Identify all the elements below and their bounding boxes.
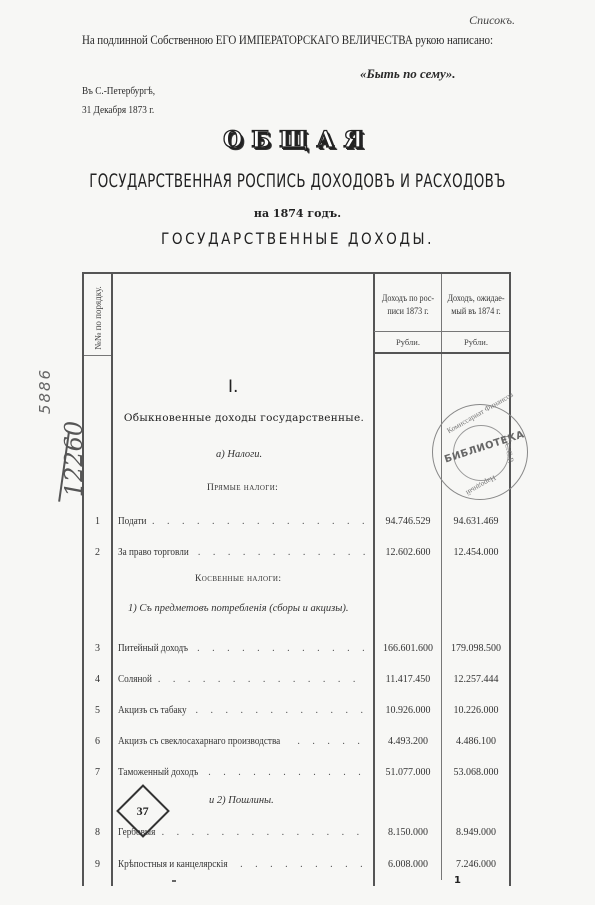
page-number: 1 — [454, 875, 461, 886]
value-1874: 53.068.000 — [444, 767, 508, 778]
row-label: Гербовыя. . . . . . . . . . . . . . . . … — [118, 827, 368, 838]
place-of-signing: Въ С.-Петербургѣ, — [82, 86, 155, 97]
value-1873: 4.493.200 — [376, 736, 440, 747]
row-number: 9 — [84, 859, 111, 870]
column-header-1874-line1: Доходъ, ожидае- — [446, 292, 505, 305]
row-label: За право торговли. . . . . . . . . . . .… — [118, 547, 368, 558]
date-of-signing: 31 Декабря 1873 г. — [82, 105, 154, 116]
row-number: 1 — [84, 516, 111, 527]
document-year: на 1874 годъ. — [0, 207, 595, 220]
number-column-divider — [111, 274, 113, 886]
row-label-text: Таможенный доходъ — [118, 767, 201, 778]
value-1874: 10.226.000 — [444, 705, 508, 716]
row-number: 3 — [84, 643, 111, 654]
row-label-text: Акцизъ съ табаку — [118, 705, 189, 716]
section-numeral: I. — [228, 377, 238, 397]
imperial-note: На подлинной Собственною ЕГО ИМПЕРАТОРСК… — [82, 33, 493, 48]
row-label: Питейный доходъ. . . . . . . . . . . . .… — [118, 643, 368, 654]
row-label-text: Соляной — [118, 674, 155, 685]
column-header-1873: Доходъ по рос- писи 1873 г. — [379, 292, 437, 318]
row-label-text: За право торговли — [118, 547, 192, 558]
value-1874: 12.454.000 — [444, 547, 508, 558]
inventory-number: 5886 — [36, 368, 54, 414]
row-label-text: Акцизъ съ свеклосахарнаго производства — [118, 736, 283, 747]
column-header-1873-line2: писи 1873 г. — [379, 305, 437, 318]
imperial-approval: «Быть по сему». — [360, 66, 456, 82]
row-label: Акцизъ съ табаку. . . . . . . . . . . . … — [118, 705, 368, 716]
value-1873: 166.601.600 — [376, 643, 440, 654]
library-stamp: Комиссариат Финансов Народный С.С.С.Р. Б… — [432, 404, 528, 500]
consumption-heading: 1) Съ предметовъ потребленія (сборы и ак… — [128, 603, 348, 614]
row-number: 7 — [84, 767, 111, 778]
document-subtitle: ГОСУДАРСТВЕННАЯ РОСПИСЬ ДОХОДОВЪ И РАСХО… — [65, 170, 529, 192]
unit-label-1874: Рубли. — [443, 337, 509, 347]
row-leader-dots: . . . . . . . . . . . . . . . . . . . . … — [297, 736, 368, 747]
value-1873: 51.077.000 — [376, 767, 440, 778]
row-label: Таможенный доходъ. . . . . . . . . . . .… — [118, 767, 368, 778]
header-bottom-rule — [374, 352, 509, 354]
row-leader-dots: . . . . . . . . . . . . . . . . . . . . … — [208, 767, 368, 778]
duties-heading: и 2) Пошлины. — [209, 795, 274, 806]
value-1874: 12.257.444 — [444, 674, 508, 685]
value-1874: 4.486.100 — [444, 736, 508, 747]
row-leader-dots: . . . . . . . . . . . . . . . . . . . . … — [240, 859, 368, 870]
row-number: 2 — [84, 547, 111, 558]
value-1874: 179.098.500 — [444, 643, 508, 654]
years-column-divider — [441, 274, 442, 880]
section-heading: ГОСУДАРСТВЕННЫЕ ДОХОДЫ. — [45, 229, 551, 248]
row-label-text: Питейный доходъ — [118, 643, 191, 654]
row-number: 6 — [84, 736, 111, 747]
document-title: ОБЩАЯ — [0, 127, 595, 153]
value-1873: 94.746.529 — [376, 516, 440, 527]
row-number: 8 — [84, 827, 111, 838]
row-label-text: Крѣпостныя и канцелярскія — [118, 859, 230, 870]
row-label: Подати. . . . . . . . . . . . . . . . . … — [118, 516, 368, 527]
row-label: Соляной. . . . . . . . . . . . . . . . .… — [118, 674, 368, 685]
direct-taxes-heading: Прямые налоги: — [207, 483, 278, 493]
number-column-header-text: №№ по порядку. — [93, 286, 103, 350]
value-1873: 6.008.000 — [376, 859, 440, 870]
row-label: Крѣпостныя и канцелярскія. . . . . . . .… — [118, 859, 368, 870]
row-label: Акцизъ съ свеклосахарнаго производства. … — [118, 736, 368, 747]
column-header-1873-line1: Доходъ по рос- — [379, 292, 437, 305]
section-title: Обыкновенные доходы государственные. — [116, 412, 372, 424]
indirect-taxes-heading: Косвенные налоги: — [195, 574, 281, 584]
header-unit-divider — [374, 331, 509, 332]
unit-label-1873: Рубли. — [376, 337, 440, 347]
value-1873: 8.150.000 — [376, 827, 440, 838]
row-leader-dots: . . . . . . . . . . . . . . . . . . . . … — [198, 547, 368, 558]
column-header-1874-line2: мый въ 1874 г. — [446, 305, 505, 318]
subsection-taxes: а) Налоги. — [216, 449, 262, 460]
number-column-header: №№ по порядку. — [84, 278, 111, 358]
diamond-stamp-text: 37 — [137, 804, 149, 819]
row-leader-dots: . . . . . . . . . . . . . . . . . . . . … — [196, 705, 368, 716]
row-number: 4 — [84, 674, 111, 685]
footer-dash — [172, 880, 176, 882]
row-leader-dots: . . . . . . . . . . . . . . . . . . . . … — [197, 643, 368, 654]
value-1873: 10.926.000 — [376, 705, 440, 716]
row-leader-dots: . . . . . . . . . . . . . . . . . . . . … — [152, 516, 368, 527]
values-column-divider — [373, 274, 375, 886]
column-header-1874: Доходъ, ожидае- мый въ 1874 г. — [446, 292, 505, 318]
row-leader-dots: . . . . . . . . . . . . . . . . . . . . … — [158, 674, 368, 685]
value-1874: 7.246.000 — [444, 859, 508, 870]
row-leader-dots: . . . . . . . . . . . . . . . . . . . . … — [162, 827, 368, 838]
row-label-text: Подати — [118, 516, 149, 527]
value-1873: 12.602.600 — [376, 547, 440, 558]
value-1873: 11.417.450 — [376, 674, 440, 685]
row-number: 5 — [84, 705, 111, 716]
list-label: Списокъ. — [469, 13, 515, 28]
value-1874: 8.949.000 — [444, 827, 508, 838]
value-1874: 94.631.469 — [444, 516, 508, 527]
